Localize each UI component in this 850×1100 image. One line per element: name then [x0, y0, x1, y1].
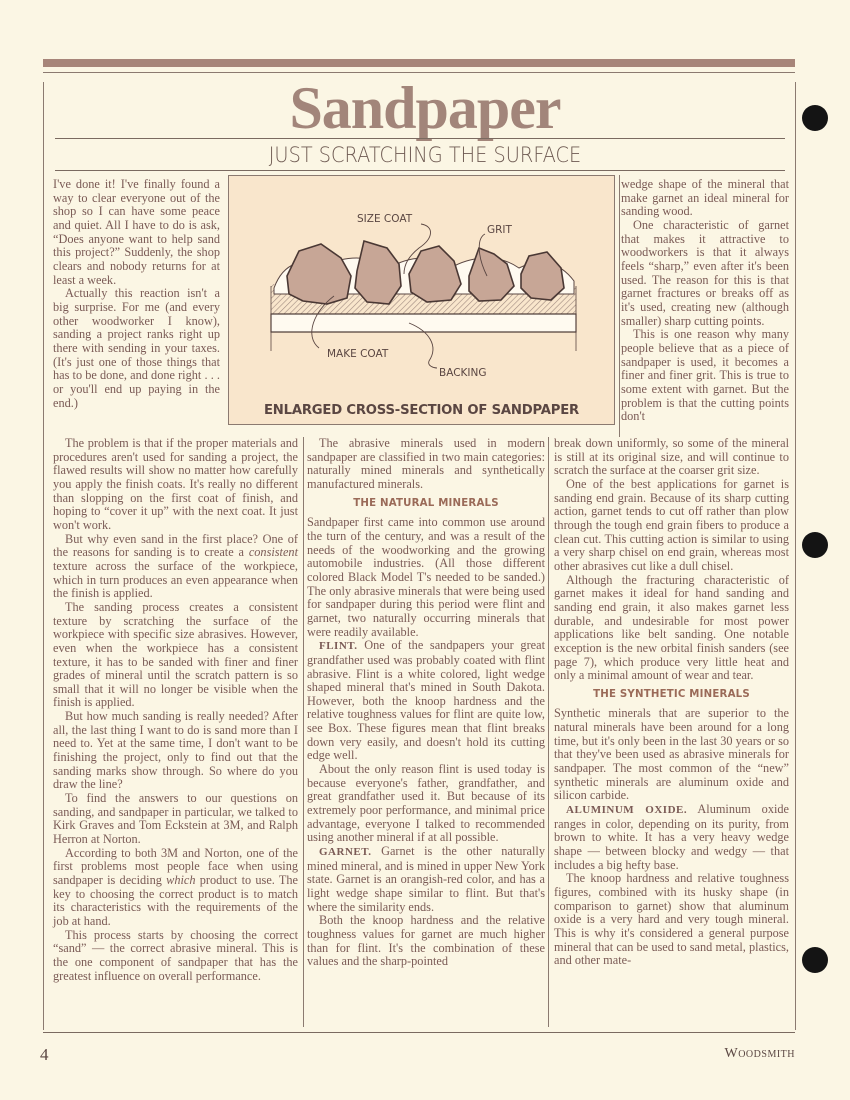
paragraph: Both the knoop hardness and the relative…: [307, 914, 545, 969]
paragraph: I've done it! I've finally found a way t…: [53, 178, 220, 287]
paragraph: FLINT. One of the sandpapers your great …: [307, 639, 545, 763]
section-heading-synthetic-minerals: THE SYNTHETIC MINERALS: [554, 688, 789, 702]
paragraph: The sanding process creates a consistent…: [53, 601, 298, 710]
paragraph: wedge shape of the mineral that make gar…: [621, 178, 789, 219]
paragraph: Actually this reaction isn't a big surpr…: [53, 287, 220, 410]
page-subtitle: JUST SCRATCHING THE SURFACE: [34, 143, 816, 167]
column-divider: [303, 437, 304, 1027]
paragraph: GARNET. Garnet is the other naturally mi…: [307, 845, 545, 914]
paragraph: Sandpaper first came into common use aro…: [307, 516, 545, 639]
subtitle-rule: [55, 170, 785, 171]
paragraph: The knoop hardness and relative toughnes…: [554, 872, 789, 968]
label-make-coat: MAKE COAT: [327, 348, 388, 360]
right-border: [795, 82, 796, 1030]
punch-hole-bottom: [802, 947, 828, 973]
paragraph: According to both 3M and Norton, one of …: [53, 847, 298, 929]
figure-caption: ENLARGED CROSS-SECTION OF SANDPAPER: [229, 403, 614, 418]
paragraph: The abrasive minerals used in modern san…: [307, 437, 545, 492]
label-backing: BACKING: [439, 367, 487, 379]
column-3: break down uniformly, so some of the min…: [554, 437, 789, 968]
punch-hole-middle: [802, 532, 828, 558]
paragraph: This process starts by choosing the corr…: [53, 929, 298, 984]
column-3-top: wedge shape of the mineral that make gar…: [621, 178, 789, 424]
label-size-coat: SIZE COAT: [357, 213, 412, 225]
paragraph: The problem is that if the proper materi…: [53, 437, 298, 533]
paragraph: One characteristic of garnet that makes …: [621, 219, 789, 328]
left-border: [43, 82, 44, 1030]
label-grit: GRIT: [487, 224, 512, 236]
paragraph: One of the best applications for garnet …: [554, 478, 789, 574]
column-divider: [548, 437, 549, 1027]
column-1-top: I've done it! I've finally found a way t…: [53, 178, 220, 410]
magazine-brand: Woodsmith: [725, 1046, 796, 1062]
bottom-rule: [43, 1032, 795, 1033]
paragraph: Although the fracturing characteristic o…: [554, 574, 789, 683]
column-divider: [619, 175, 620, 437]
paragraph: ALUMINUM OXIDE. Aluminum oxide ranges in…: [554, 803, 789, 872]
paragraph: To find the answers to our questions on …: [53, 792, 298, 847]
page-number: 4: [40, 1045, 49, 1065]
page-title: Sandpaper: [0, 78, 850, 138]
paragraph: But why even sand in the first place? On…: [53, 533, 298, 601]
section-heading-natural-minerals: THE NATURAL MINERALS: [307, 497, 545, 511]
title-rule: [55, 138, 785, 139]
column-1: The problem is that if the proper materi…: [53, 437, 298, 983]
paragraph: About the only reason flint is used toda…: [307, 763, 545, 845]
paragraph: But how much sanding is really needed? A…: [53, 710, 298, 792]
top-rule: [43, 72, 795, 73]
paragraph: Synthetic minerals that are superior to …: [554, 707, 789, 803]
top-decorative-bar: [43, 59, 795, 67]
paragraph: This is one reason why many people belie…: [621, 328, 789, 424]
paragraph: break down uniformly, so some of the min…: [554, 437, 789, 478]
sandpaper-cross-section-figure: SIZE COAT GRIT MAKE COAT BACKING ENLARGE…: [228, 175, 615, 425]
sandpaper-diagram-icon: [229, 176, 614, 386]
column-2: The abrasive minerals used in modern san…: [307, 437, 545, 969]
